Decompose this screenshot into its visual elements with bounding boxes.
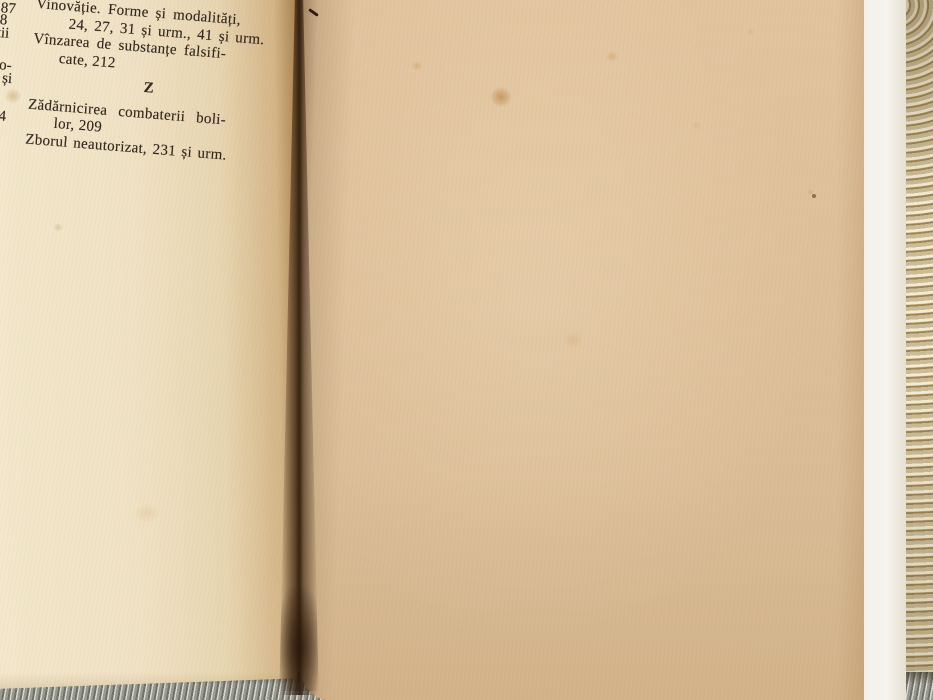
edge-fragment: ții <box>0 25 10 43</box>
right-page <box>298 0 864 700</box>
left-page-text-plate: 87 8 ții o- și 24 Vinovăție. Forme și mo… <box>0 0 281 215</box>
left-page: 87 8 ții o- și 24 Vinovăție. Forme și mo… <box>0 0 298 700</box>
edge-fragment: și <box>1 70 12 88</box>
edge-fragment: 24 <box>0 108 7 127</box>
open-book-photo: 87 8 ții o- și 24 Vinovăție. Forme și mo… <box>0 0 933 700</box>
small-spot <box>812 194 816 198</box>
alphabetical-index: Vinovăție. Forme și modalități, 24, 27, … <box>25 0 275 168</box>
